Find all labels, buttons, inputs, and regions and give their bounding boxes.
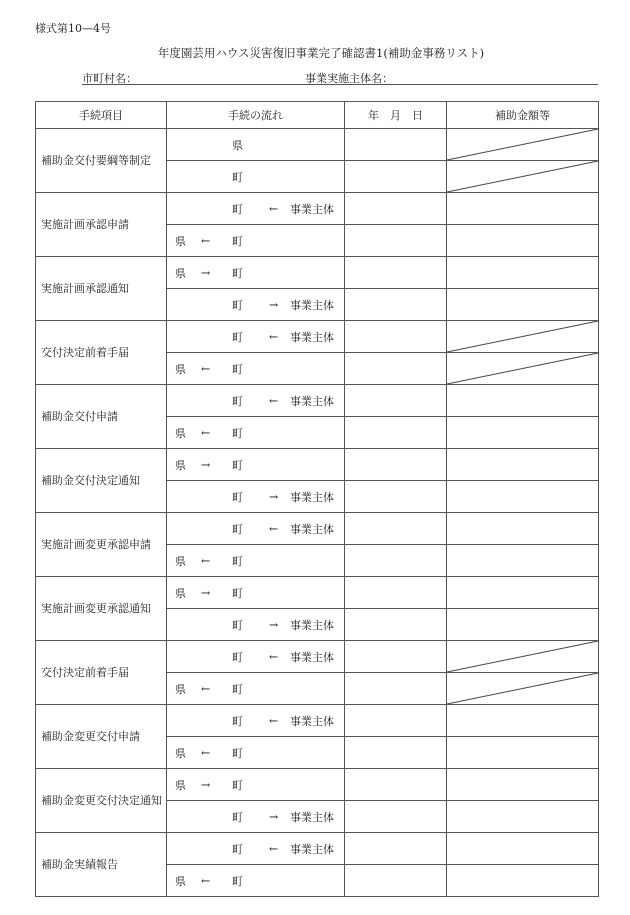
table-row: 補助金交付決定通知県→町 bbox=[36, 449, 599, 481]
amount-cell[interactable] bbox=[447, 417, 599, 449]
flow-ken: 県 bbox=[175, 873, 186, 889]
date-cell[interactable] bbox=[345, 353, 447, 385]
flow-cho: 町 bbox=[232, 489, 243, 505]
amount-cell[interactable] bbox=[447, 481, 599, 513]
flow-cho: 町 bbox=[232, 521, 243, 537]
flow-ken: 県 bbox=[175, 233, 186, 249]
date-cell[interactable] bbox=[345, 289, 447, 321]
flow-ken: 県 bbox=[175, 681, 186, 697]
procedure-item: 補助金交付要綱等制定 bbox=[36, 129, 167, 193]
document-title: 年度園芸用ハウス災害復旧事業完了確認書1(補助金事務リスト) bbox=[0, 45, 630, 61]
date-cell[interactable] bbox=[345, 545, 447, 577]
left-arrow-icon: ← bbox=[201, 554, 210, 567]
right-arrow-icon: → bbox=[201, 266, 210, 279]
flow-cho: 町 bbox=[232, 809, 243, 825]
flow-cho: 町 bbox=[232, 169, 243, 185]
table-row: 補助金交付要綱等制定県 bbox=[36, 129, 599, 161]
header-flow: 手続の流れ bbox=[167, 102, 345, 129]
procedure-flow: 県→町 bbox=[167, 257, 345, 289]
date-cell[interactable] bbox=[345, 385, 447, 417]
header-amount: 補助金額等 bbox=[447, 102, 599, 129]
flow-cho: 町 bbox=[232, 201, 243, 217]
procedure-flow: 町 bbox=[167, 161, 345, 193]
flow-cho: 町 bbox=[232, 361, 243, 377]
procedure-flow: 町←事業主体 bbox=[167, 833, 345, 865]
table-row: 実施計画変更承認通知県→町 bbox=[36, 577, 599, 609]
flow-shutai: 事業主体 bbox=[290, 617, 334, 633]
flow-cho: 町 bbox=[232, 745, 243, 761]
flow-shutai: 事業主体 bbox=[290, 329, 334, 345]
date-cell[interactable] bbox=[345, 577, 447, 609]
procedure-flow: 町→事業主体 bbox=[167, 481, 345, 513]
table-row: 補助金実績報告町←事業主体 bbox=[36, 833, 599, 865]
flow-shutai: 事業主体 bbox=[290, 841, 334, 857]
amount-cell bbox=[447, 353, 599, 385]
table-row: 交付決定前着手届町←事業主体 bbox=[36, 641, 599, 673]
right-arrow-icon: → bbox=[201, 458, 210, 471]
date-cell[interactable] bbox=[345, 641, 447, 673]
flow-cho: 町 bbox=[232, 553, 243, 569]
left-arrow-icon: ← bbox=[201, 746, 210, 759]
date-cell[interactable] bbox=[345, 161, 447, 193]
flow-cho: 町 bbox=[232, 297, 243, 313]
left-arrow-icon: ← bbox=[201, 426, 210, 439]
flow-ken: 県 bbox=[175, 425, 186, 441]
left-arrow-icon: ← bbox=[269, 714, 278, 727]
amount-cell[interactable] bbox=[447, 609, 599, 641]
left-arrow-icon: ← bbox=[269, 522, 278, 535]
amount-cell[interactable] bbox=[447, 545, 599, 577]
flow-cho: 町 bbox=[232, 713, 243, 729]
header-fields: 市町村名： 事業実施主体名： bbox=[82, 70, 598, 85]
flow-ken: 県 bbox=[232, 137, 243, 153]
flow-cho: 町 bbox=[232, 265, 243, 281]
table-row: 実施計画変更承認申請町←事業主体 bbox=[36, 513, 599, 545]
table-row: 補助金変更交付決定通知県→町 bbox=[36, 769, 599, 801]
flow-cho: 町 bbox=[232, 233, 243, 249]
amount-cell bbox=[447, 321, 599, 353]
flow-shutai: 事業主体 bbox=[290, 649, 334, 665]
procedure-item: 補助金変更交付決定通知 bbox=[36, 769, 167, 833]
left-arrow-icon: ← bbox=[201, 874, 210, 887]
flow-shutai: 事業主体 bbox=[290, 393, 334, 409]
amount-cell[interactable] bbox=[447, 385, 599, 417]
form-number: 様式第10—4号 bbox=[35, 20, 111, 36]
procedure-flow: 県→町 bbox=[167, 577, 345, 609]
right-arrow-icon: → bbox=[201, 586, 210, 599]
amount-cell[interactable] bbox=[447, 865, 599, 897]
amount-cell[interactable] bbox=[447, 225, 599, 257]
amount-cell[interactable] bbox=[447, 193, 599, 225]
date-cell[interactable] bbox=[345, 737, 447, 769]
date-cell[interactable] bbox=[345, 193, 447, 225]
diagonal-slash bbox=[447, 673, 598, 704]
table-row: 補助金変更交付申請町←事業主体 bbox=[36, 705, 599, 737]
date-cell[interactable] bbox=[345, 769, 447, 801]
procedure-item: 補助金交付決定通知 bbox=[36, 449, 167, 513]
flow-shutai: 事業主体 bbox=[290, 809, 334, 825]
procedure-flow: 県←町 bbox=[167, 673, 345, 705]
procedure-item: 実施計画承認通知 bbox=[36, 257, 167, 321]
date-cell[interactable] bbox=[345, 129, 447, 161]
flow-cho: 町 bbox=[232, 393, 243, 409]
procedure-flow: 町←事業主体 bbox=[167, 513, 345, 545]
flow-shutai: 事業主体 bbox=[290, 201, 334, 217]
date-cell[interactable] bbox=[345, 705, 447, 737]
municipality-label: 市町村名： bbox=[82, 70, 137, 86]
flow-cho: 町 bbox=[232, 873, 243, 889]
flow-cho: 町 bbox=[232, 681, 243, 697]
table-row: 実施計画承認申請町←事業主体 bbox=[36, 193, 599, 225]
procedure-flow: 県 bbox=[167, 129, 345, 161]
procedure-flow: 県←町 bbox=[167, 865, 345, 897]
amount-cell[interactable] bbox=[447, 705, 599, 737]
amount-cell[interactable] bbox=[447, 513, 599, 545]
flow-shutai: 事業主体 bbox=[290, 297, 334, 313]
date-cell[interactable] bbox=[345, 609, 447, 641]
diagonal-slash bbox=[447, 641, 598, 672]
amount-cell bbox=[447, 161, 599, 193]
amount-cell[interactable] bbox=[447, 449, 599, 481]
procedure-flow: 県←町 bbox=[167, 417, 345, 449]
flow-cho: 町 bbox=[232, 585, 243, 601]
procedure-table: 手続項目 手続の流れ 年 月 日 補助金額等 補助金交付要綱等制定県町実施計画承… bbox=[35, 101, 599, 897]
procedure-flow: 県→町 bbox=[167, 449, 345, 481]
right-arrow-icon: → bbox=[269, 810, 278, 823]
amount-cell[interactable] bbox=[447, 289, 599, 321]
header-item: 手続項目 bbox=[36, 102, 167, 129]
flow-cho: 町 bbox=[232, 617, 243, 633]
table-row: 交付決定前着手届町←事業主体 bbox=[36, 321, 599, 353]
flow-cho: 町 bbox=[232, 649, 243, 665]
flow-shutai: 事業主体 bbox=[290, 521, 334, 537]
flow-cho: 町 bbox=[232, 457, 243, 473]
procedure-item: 実施計画変更承認通知 bbox=[36, 577, 167, 641]
left-arrow-icon: ← bbox=[269, 842, 278, 855]
procedure-flow: 町→事業主体 bbox=[167, 801, 345, 833]
flow-ken: 県 bbox=[175, 361, 186, 377]
procedure-flow: 県→町 bbox=[167, 769, 345, 801]
flow-ken: 県 bbox=[175, 553, 186, 569]
procedure-item: 実施計画承認申請 bbox=[36, 193, 167, 257]
flow-cho: 町 bbox=[232, 777, 243, 793]
table-row: 実施計画承認通知県→町 bbox=[36, 257, 599, 289]
diagonal-slash bbox=[447, 129, 598, 160]
date-cell[interactable] bbox=[345, 449, 447, 481]
procedure-flow: 町←事業主体 bbox=[167, 321, 345, 353]
flow-ken: 県 bbox=[175, 265, 186, 281]
flow-cho: 町 bbox=[232, 329, 243, 345]
procedure-item: 交付決定前着手届 bbox=[36, 321, 167, 385]
diagonal-slash bbox=[447, 321, 598, 352]
diagonal-slash bbox=[447, 161, 598, 192]
procedure-item: 補助金交付申請 bbox=[36, 385, 167, 449]
procedure-item: 補助金実績報告 bbox=[36, 833, 167, 897]
flow-ken: 県 bbox=[175, 745, 186, 761]
procedure-item: 実施計画変更承認申請 bbox=[36, 513, 167, 577]
date-cell[interactable] bbox=[345, 225, 447, 257]
date-cell[interactable] bbox=[345, 801, 447, 833]
date-cell[interactable] bbox=[345, 673, 447, 705]
left-arrow-icon: ← bbox=[201, 362, 210, 375]
procedure-flow: 町←事業主体 bbox=[167, 193, 345, 225]
left-arrow-icon: ← bbox=[269, 202, 278, 215]
right-arrow-icon: → bbox=[201, 778, 210, 791]
date-cell[interactable] bbox=[345, 833, 447, 865]
procedure-flow: 町←事業主体 bbox=[167, 385, 345, 417]
flow-shutai: 事業主体 bbox=[290, 713, 334, 729]
amount-cell[interactable] bbox=[447, 577, 599, 609]
procedure-flow: 町→事業主体 bbox=[167, 289, 345, 321]
diagonal-slash bbox=[447, 353, 598, 384]
amount-cell bbox=[447, 129, 599, 161]
left-arrow-icon: ← bbox=[269, 330, 278, 343]
amount-cell[interactable] bbox=[447, 737, 599, 769]
amount-cell bbox=[447, 673, 599, 705]
right-arrow-icon: → bbox=[269, 618, 278, 631]
right-arrow-icon: → bbox=[269, 490, 278, 503]
procedure-flow: 町←事業主体 bbox=[167, 705, 345, 737]
date-cell[interactable] bbox=[345, 865, 447, 897]
left-arrow-icon: ← bbox=[269, 394, 278, 407]
header-date: 年 月 日 bbox=[345, 102, 447, 129]
amount-cell[interactable] bbox=[447, 257, 599, 289]
amount-cell bbox=[447, 641, 599, 673]
table-header-row: 手続項目 手続の流れ 年 月 日 補助金額等 bbox=[36, 102, 599, 129]
procedure-flow: 県←町 bbox=[167, 225, 345, 257]
left-arrow-icon: ← bbox=[269, 650, 278, 663]
left-arrow-icon: ← bbox=[201, 682, 210, 695]
flow-cho: 町 bbox=[232, 425, 243, 441]
date-cell[interactable] bbox=[345, 321, 447, 353]
flow-cho: 町 bbox=[232, 841, 243, 857]
amount-cell[interactable] bbox=[447, 833, 599, 865]
date-cell[interactable] bbox=[345, 417, 447, 449]
procedure-flow: 県←町 bbox=[167, 353, 345, 385]
procedure-item: 補助金変更交付申請 bbox=[36, 705, 167, 769]
date-cell[interactable] bbox=[345, 257, 447, 289]
procedure-flow: 県←町 bbox=[167, 545, 345, 577]
procedure-flow: 町→事業主体 bbox=[167, 609, 345, 641]
table-row: 補助金交付申請町←事業主体 bbox=[36, 385, 599, 417]
amount-cell[interactable] bbox=[447, 801, 599, 833]
flow-ken: 県 bbox=[175, 777, 186, 793]
implementer-label: 事業実施主体名： bbox=[305, 70, 393, 86]
amount-cell[interactable] bbox=[447, 769, 599, 801]
flow-shutai: 事業主体 bbox=[290, 489, 334, 505]
procedure-flow: 町←事業主体 bbox=[167, 641, 345, 673]
right-arrow-icon: → bbox=[269, 298, 278, 311]
procedure-flow: 県←町 bbox=[167, 737, 345, 769]
date-cell[interactable] bbox=[345, 481, 447, 513]
procedure-item: 交付決定前着手届 bbox=[36, 641, 167, 705]
flow-ken: 県 bbox=[175, 585, 186, 601]
date-cell[interactable] bbox=[345, 513, 447, 545]
flow-ken: 県 bbox=[175, 457, 186, 473]
left-arrow-icon: ← bbox=[201, 234, 210, 247]
